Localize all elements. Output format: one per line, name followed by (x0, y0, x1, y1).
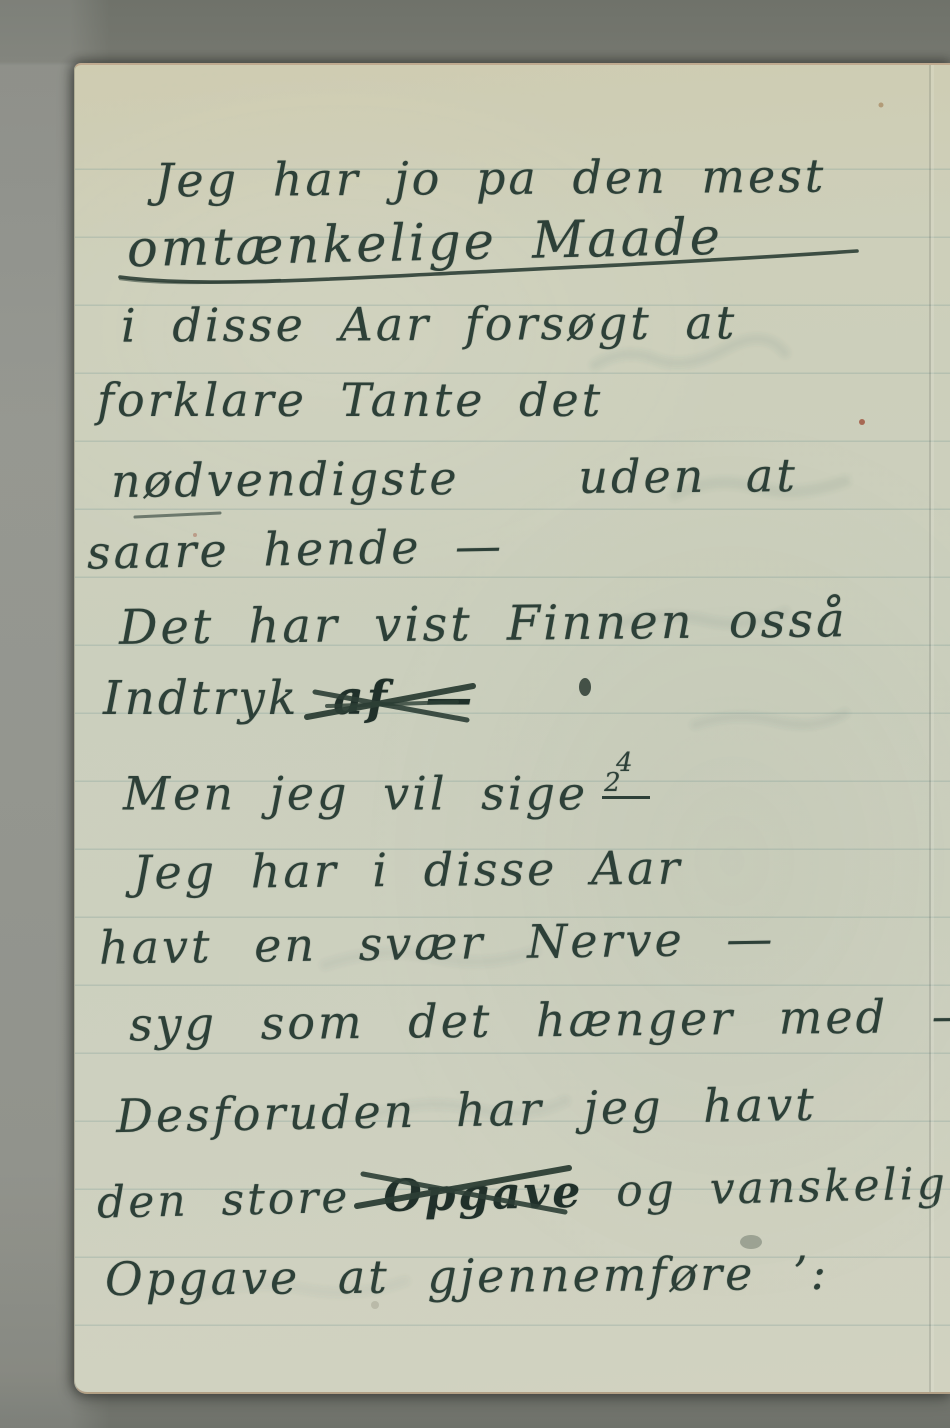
line-text: og vanskelig (583, 1158, 949, 1217)
line-text: Men jeg vil sige (123, 766, 588, 820)
insertion-mark: 42 (602, 753, 650, 799)
line-text: Indtryk (103, 671, 333, 726)
handwritten-line-9: Men jeg vil sige42 (123, 753, 650, 822)
struck-word: Opgave (383, 1167, 584, 1223)
handwritten-line-13: Desforuden har jeg havt (116, 1075, 818, 1145)
handwritten-line-8: Indtryk af — (103, 670, 475, 728)
handwritten-line-12: syg som det hænger med — (129, 987, 950, 1054)
handwritten-line-10: Jeg har i disse Aar (133, 839, 683, 902)
line-text: Jeg har i disse Aar (133, 841, 683, 900)
line-text: saare hende — (87, 518, 505, 579)
manuscript-page: Jeg har jo pa den mest omtænkelige Maade… (74, 63, 950, 1394)
handwritten-line-15: Opgave at gjennemføre ’: (105, 1244, 830, 1308)
handwritten-line-1: Jeg har jo pa den mest (155, 147, 827, 210)
handwritten-line-11: havt en svær Nerve — (99, 909, 776, 976)
handwritten-line-2: omtænkelige Maade (126, 209, 723, 279)
line-text: havt en svær Nerve — (99, 911, 776, 974)
line-text: Det har vist Finnen osså (119, 592, 848, 656)
line-text: Jeg har jo pa den mest (155, 149, 827, 208)
handwritten-line-14: den store Opgave og vanskelig (96, 1155, 948, 1232)
handwriting-block: Jeg har jo pa den mest omtænkelige Maade… (75, 65, 950, 1392)
line-text: nødvendigste uden at (111, 448, 798, 508)
handwritten-line-3: i disse Aar forsøgt at (121, 293, 738, 354)
line-text: forklare Tante det (97, 373, 603, 427)
handwritten-line-4: forklare Tante det (97, 371, 603, 429)
line-text: syg som det hænger med — (129, 989, 950, 1052)
scan-background: Jeg har jo pa den mest omtænkelige Maade… (0, 0, 950, 1428)
struck-word: af — (333, 671, 475, 726)
handwritten-line-5: nødvendigste uden at (111, 446, 798, 510)
line-text: den store (97, 1171, 384, 1228)
line-text: Opgave at gjennemføre ’: (105, 1246, 830, 1306)
line-text-underlined: omtænkelige Maade (126, 208, 723, 279)
line-text: Desforuden har jeg havt (116, 1077, 818, 1143)
handwritten-line-7: Det har vist Finnen osså (119, 591, 848, 657)
handwritten-line-6: saare hende — (87, 516, 505, 581)
line-text: i disse Aar forsøgt at (121, 295, 738, 352)
